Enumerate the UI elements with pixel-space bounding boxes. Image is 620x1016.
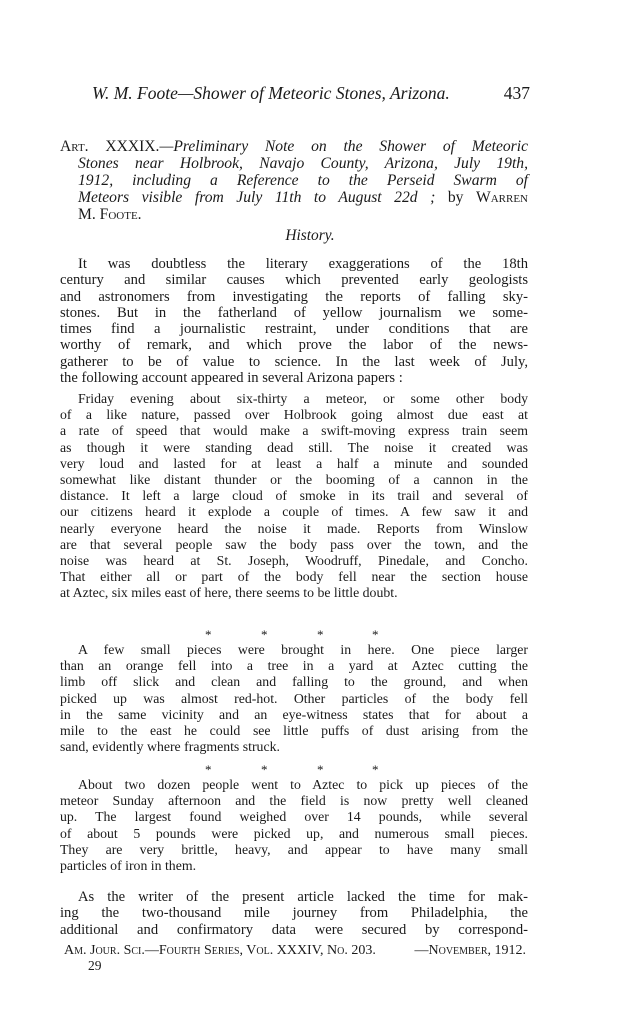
journal-citation: Am. Jour. Sci.—Fourth Series, Vol. XXXIV… [64,943,376,959]
running-head: W. M. Foote—Shower of Meteoric Stones, A… [92,83,530,104]
journal-footer: Am. Jour. Sci.—Fourth Series, Vol. XXXIV… [64,943,526,959]
paragraph-quote-1: Friday evening about six-thirty a meteor… [60,391,528,602]
journal-date: —November, 1912. [414,943,526,959]
paragraph-intro: It was doubtless the literary exaggerati… [60,256,528,386]
article-title: Art. XXXIX.—Preliminary Note on the Show… [60,139,528,224]
article-label: Art. XXXIX. [60,138,159,155]
paragraph-correspondence: As the writer of the present article lac… [60,889,528,938]
paragraph-quote-2: A few small pieces were brought in here.… [60,642,528,755]
section-break-2: * * * * [0,762,620,776]
page-number: 437 [504,83,530,104]
section-break-1: * * * * [0,627,620,641]
running-head-title: W. M. Foote—Shower of Meteoric Stones, A… [92,83,450,104]
document-page: W. M. Foote—Shower of Meteoric Stones, A… [0,0,620,1016]
signature-mark: 29 [88,958,102,974]
author-last-name: M. Foote. [60,207,528,224]
section-heading: History. [0,227,620,245]
paragraph-quote-3: About two dozen people went to Aztec to … [60,777,528,874]
author-first-name: Warren [476,189,528,206]
